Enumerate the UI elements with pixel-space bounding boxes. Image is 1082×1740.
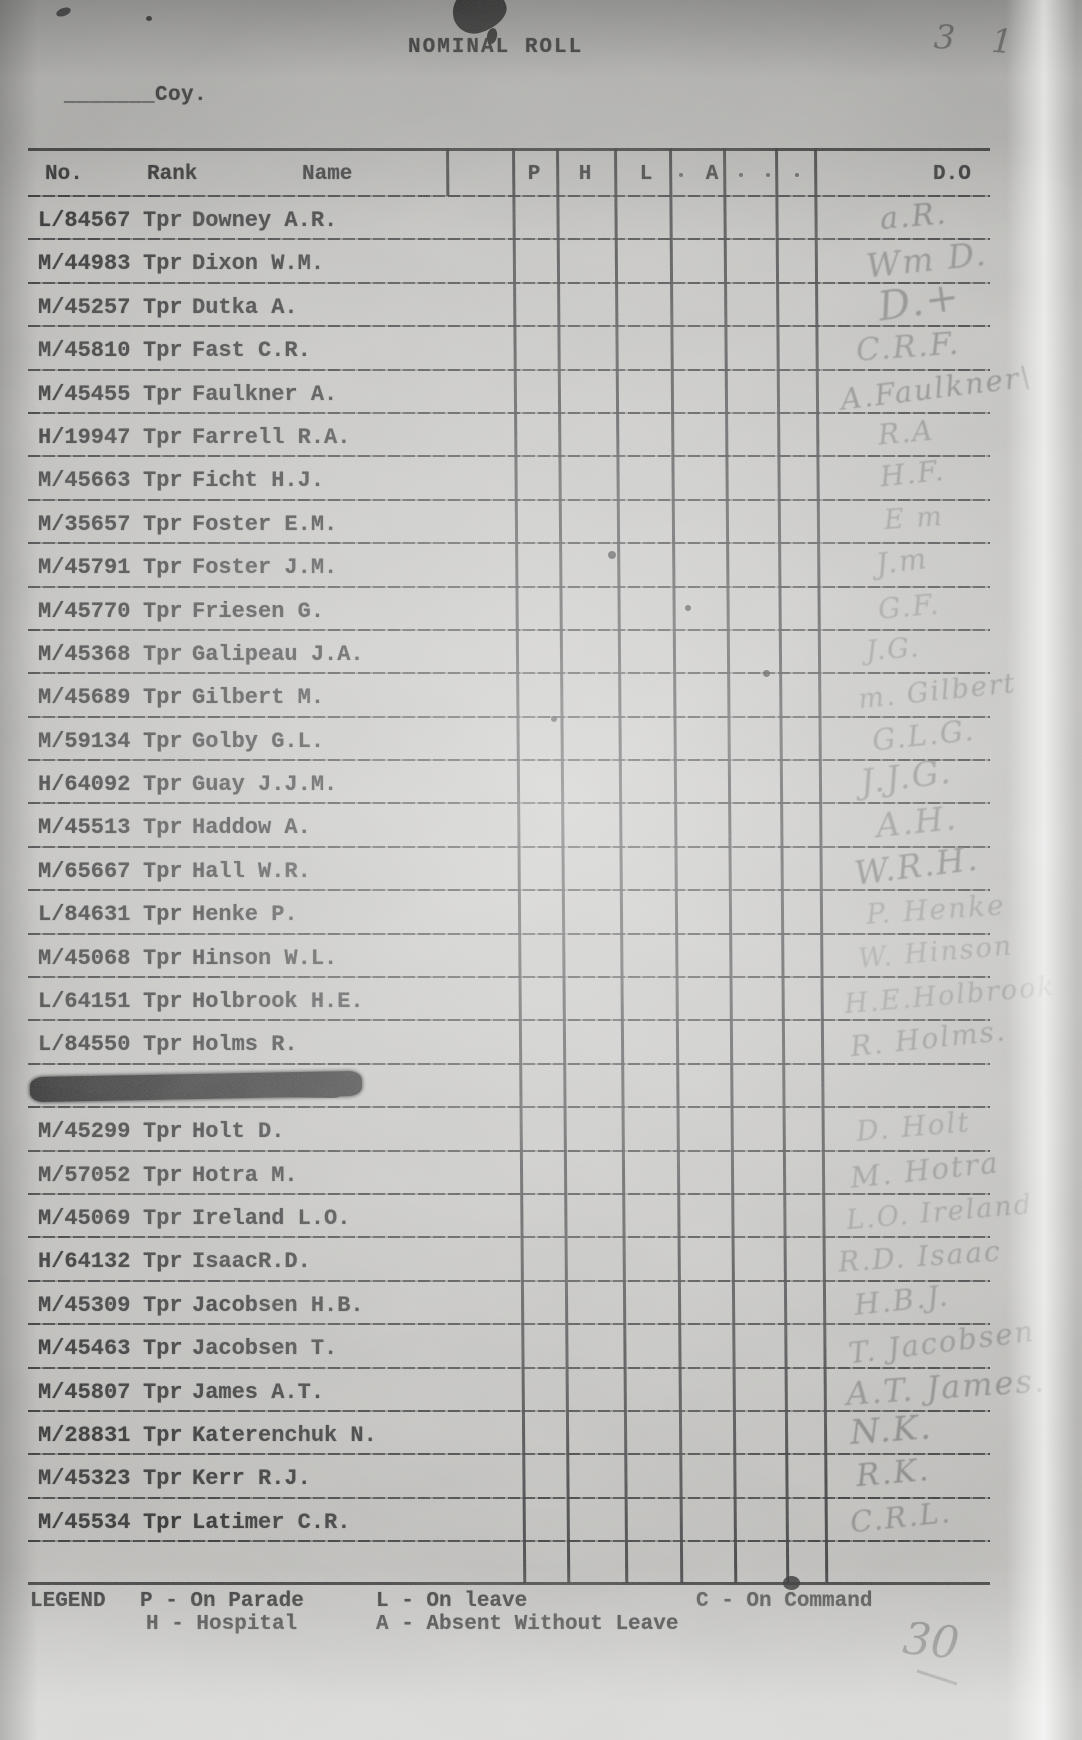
table-row: M/45368TprGalipeau J.A.J.G. bbox=[28, 631, 990, 674]
soldier-name: Foster E.M. bbox=[192, 512, 337, 537]
legend-hospital: H - Hospital bbox=[146, 1613, 297, 1636]
ink-speck bbox=[685, 605, 691, 611]
legend-on-leave: L - On leave bbox=[376, 1590, 527, 1613]
handwritten-signature: m. Gilbert bbox=[857, 668, 1018, 715]
service-number: M/45463 bbox=[38, 1336, 130, 1361]
soldier-name: Kerr R.J. bbox=[192, 1466, 311, 1491]
service-number: M/35657 bbox=[38, 512, 130, 537]
handwritten-signature: M. Hotra bbox=[849, 1145, 1001, 1194]
table-row: M/45068TprHinson W.L.W. Hinson bbox=[28, 935, 990, 978]
ink-blot bbox=[446, 0, 512, 39]
soldier-name: Ireland L.O. bbox=[192, 1206, 350, 1231]
table-row: M/65667TprHall W.R.W.R.H. bbox=[28, 848, 990, 891]
rank: Tpr bbox=[143, 815, 183, 840]
service-number: H/64132 bbox=[38, 1249, 130, 1274]
table-row: M/44983TprDixon W.M.Wm D. bbox=[28, 240, 990, 283]
rank: Tpr bbox=[143, 208, 183, 233]
handwritten-signature: C.R.F. bbox=[855, 326, 961, 369]
service-number: M/57052 bbox=[38, 1163, 130, 1188]
rank: Tpr bbox=[143, 1423, 183, 1448]
table-row: H/64092TprGuay J.J.M.J.J.G. bbox=[28, 761, 990, 804]
handwritten-signature: H.F. bbox=[878, 454, 946, 494]
table-row: M/45689TprGilbert M.m. Gilbert bbox=[28, 674, 990, 717]
rank: Tpr bbox=[143, 1380, 183, 1405]
handwritten-signature: N.K. bbox=[849, 1407, 934, 1453]
soldier-name: Guay J.J.M. bbox=[192, 772, 337, 797]
table-row: L/84631TprHenke P.P. Henke bbox=[28, 891, 990, 934]
handwritten-signature: a.R. bbox=[879, 196, 949, 237]
soldier-name: Faulkner A. bbox=[192, 382, 337, 407]
col-header-l: L bbox=[640, 163, 653, 186]
service-number: M/45068 bbox=[38, 946, 130, 971]
company-line: _______Coy. bbox=[64, 84, 207, 107]
service-number: M/45455 bbox=[38, 382, 130, 407]
col-header-do: D.O bbox=[933, 163, 971, 186]
table-row: H/19947TprFarrell R.A.R.A bbox=[28, 414, 990, 457]
rank: Tpr bbox=[143, 555, 183, 580]
rank: Tpr bbox=[143, 295, 183, 320]
table-header-row: No. Rank Name P H L A D.O bbox=[28, 148, 990, 197]
soldier-name: Ficht H.J. bbox=[192, 468, 324, 493]
service-number: M/45534 bbox=[38, 1510, 130, 1535]
handwritten-signature: C.R.L. bbox=[849, 1494, 954, 1538]
soldier-name: James A.T. bbox=[192, 1380, 324, 1405]
service-number: M/45368 bbox=[38, 642, 130, 667]
handwritten-signature: L.O. Ireland bbox=[845, 1189, 1034, 1236]
soldier-name: Holms R. bbox=[192, 1032, 298, 1057]
service-number: L/84631 bbox=[38, 902, 130, 927]
empty-row-space bbox=[28, 1542, 990, 1582]
rank: Tpr bbox=[143, 382, 183, 407]
table-row: M/45513TprHaddow A.A.H. bbox=[28, 804, 990, 847]
handwritten-signature: A.T. James. bbox=[845, 1361, 1047, 1413]
soldier-name: Hinson W.L. bbox=[192, 946, 337, 971]
rank: Tpr bbox=[143, 251, 183, 276]
soldier-name: Hall W.R. bbox=[192, 859, 311, 884]
service-number: M/28831 bbox=[38, 1423, 130, 1448]
soldier-name: Haddow A. bbox=[192, 815, 311, 840]
rank: Tpr bbox=[143, 989, 183, 1014]
handwritten-signature: R.A bbox=[877, 414, 936, 452]
col-header-a: A bbox=[706, 163, 719, 186]
rank: Tpr bbox=[143, 1293, 183, 1318]
rank: Tpr bbox=[143, 599, 183, 624]
soldier-name: Downey A.R. bbox=[192, 208, 337, 233]
handwritten-signature: R. Holms. bbox=[849, 1014, 1009, 1063]
handwritten-signature: P. Henke bbox=[865, 888, 1006, 931]
rank: Tpr bbox=[143, 772, 183, 797]
soldier-name: Dutka A. bbox=[192, 295, 298, 320]
rank: Tpr bbox=[143, 729, 183, 754]
rank: Tpr bbox=[143, 902, 183, 927]
soldier-name: Jacobsen T. bbox=[192, 1336, 337, 1361]
table-row: L/64151TprHolbrook H.E.H.E.Holbrook bbox=[28, 978, 990, 1021]
handwritten-signature: G.L.G. bbox=[871, 712, 977, 757]
col-header-no: No. bbox=[45, 163, 83, 186]
handwritten-signature: H.B.J. bbox=[852, 1278, 951, 1322]
table-row: M/45257TprDutka A.D.+ bbox=[28, 284, 990, 327]
handwritten-signature: H.E.Holbrook bbox=[843, 971, 1057, 1020]
soldier-name: Dixon W.M. bbox=[192, 251, 324, 276]
rank: Tpr bbox=[143, 642, 183, 667]
rank: Tpr bbox=[143, 685, 183, 710]
rank: Tpr bbox=[143, 1032, 183, 1057]
service-number: M/45513 bbox=[38, 815, 130, 840]
service-number: L/84550 bbox=[38, 1032, 130, 1057]
table-row: M/45069TprIreland L.O.L.O. Ireland bbox=[28, 1195, 990, 1238]
service-number: M/45791 bbox=[38, 555, 130, 580]
handwritten-signature: E m bbox=[883, 501, 945, 536]
nominal-roll-table: No. Rank Name P H L A D.O L/84567TprDown… bbox=[28, 148, 990, 1645]
rank: Tpr bbox=[143, 338, 183, 363]
table-row-redacted bbox=[28, 1065, 990, 1108]
handwritten-signature: A.H. bbox=[874, 798, 959, 845]
handwritten-count: 30 bbox=[900, 1613, 961, 1670]
table-row: M/45455TprFaulkner A.A.Faulkner\ bbox=[28, 371, 990, 414]
handwritten-signature: G.F. bbox=[877, 587, 942, 625]
ink-speck bbox=[763, 670, 770, 677]
ink-speck bbox=[783, 1576, 800, 1590]
service-number: M/45807 bbox=[38, 1380, 130, 1405]
soldier-name: Holbrook H.E. bbox=[192, 989, 364, 1014]
rank: Tpr bbox=[143, 859, 183, 884]
table-row: M/45663TprFicht H.J.H.F. bbox=[28, 457, 990, 500]
handwritten-signature: J.m bbox=[874, 541, 930, 581]
service-number: M/45689 bbox=[38, 685, 130, 710]
ink-speck bbox=[608, 551, 616, 559]
table-row: M/45309TprJacobsen H.B.H.B.J. bbox=[28, 1282, 990, 1325]
soldier-name: Katerenchuk N. bbox=[192, 1423, 377, 1448]
handwritten-signature: R.D. Isaac bbox=[837, 1235, 1003, 1279]
rank: Tpr bbox=[143, 1466, 183, 1491]
soldier-name: Holt D. bbox=[192, 1119, 284, 1144]
service-number: M/45810 bbox=[38, 338, 130, 363]
soldier-name: IsaacR.D. bbox=[192, 1249, 311, 1274]
service-number: H/64092 bbox=[38, 772, 130, 797]
handwritten-signature: W. Hinson bbox=[857, 930, 1014, 974]
service-number: L/64151 bbox=[38, 989, 130, 1014]
soldier-name: Hotra M. bbox=[192, 1163, 298, 1188]
scanned-nominal-roll-page: NOMINAL ROLL 3 1 _______Coy. No. Rank Na… bbox=[0, 0, 1082, 1740]
soldier-name: Gilbert M. bbox=[192, 685, 324, 710]
rank: Tpr bbox=[143, 1249, 183, 1274]
service-number: M/65667 bbox=[38, 859, 130, 884]
rank: Tpr bbox=[143, 468, 183, 493]
rank: Tpr bbox=[143, 1336, 183, 1361]
service-number: L/84567 bbox=[38, 208, 130, 233]
legend-on-command: C - On Command bbox=[696, 1590, 872, 1613]
ink-speck bbox=[146, 16, 152, 21]
legend-label: LEGEND bbox=[30, 1590, 106, 1613]
soldier-name: Golby G.L. bbox=[192, 729, 324, 754]
service-number: M/45299 bbox=[38, 1119, 130, 1144]
col-header-rank: Rank bbox=[147, 163, 197, 186]
service-number: H/19947 bbox=[38, 425, 130, 450]
soldier-name: Galipeau J.A. bbox=[192, 642, 364, 667]
rank: Tpr bbox=[143, 512, 183, 537]
rank: Tpr bbox=[143, 1206, 183, 1231]
rank: Tpr bbox=[143, 1510, 183, 1535]
handwritten-signature: D. Holt bbox=[855, 1105, 972, 1148]
table-row: L/84550TprHolms R.R. Holms. bbox=[28, 1021, 990, 1064]
table-row: M/45323TprKerr R.J.R.K. bbox=[28, 1455, 990, 1498]
handwritten-signature: J.G. bbox=[865, 632, 922, 667]
service-number: M/45069 bbox=[38, 1206, 130, 1231]
service-number: M/45257 bbox=[38, 295, 130, 320]
table-row: M/45534TprLatimer C.R.C.R.L. bbox=[28, 1499, 990, 1542]
ink-speck bbox=[55, 6, 72, 19]
handwritten-count-underline bbox=[917, 1670, 958, 1686]
handwritten-signature: R.K. bbox=[855, 1452, 932, 1494]
table-row: M/45770TprFriesen G.G.F. bbox=[28, 588, 990, 631]
legend: LEGEND P - On Parade L - On leave C - On… bbox=[28, 1582, 990, 1645]
service-number: M/45663 bbox=[38, 468, 130, 493]
table-row: M/45299TprHolt D.D. Holt bbox=[28, 1108, 990, 1151]
table-row: M/45791TprFoster J.M.J.m bbox=[28, 544, 990, 587]
soldier-name: Friesen G. bbox=[192, 599, 324, 624]
rank: Tpr bbox=[143, 946, 183, 971]
table-row: M/28831TprKaterenchuk N.N.K. bbox=[28, 1412, 990, 1455]
table-row: M/45807TprJames A.T.A.T. James. bbox=[28, 1369, 990, 1412]
table-row: M/45810TprFast C.R.C.R.F. bbox=[28, 327, 990, 370]
col-header-p: P bbox=[528, 163, 541, 186]
soldier-name: Farrell R.A. bbox=[192, 425, 350, 450]
table-row: H/64132TprIsaacR.D.R.D. Isaac bbox=[28, 1238, 990, 1281]
rank: Tpr bbox=[143, 425, 183, 450]
legend-on-parade: P - On Parade bbox=[140, 1590, 304, 1613]
service-number: M/45770 bbox=[38, 599, 130, 624]
rank: Tpr bbox=[143, 1163, 183, 1188]
table-row: M/45463TprJacobsen T.T. Jacobsen bbox=[28, 1325, 990, 1368]
soldier-name: Latimer C.R. bbox=[192, 1510, 350, 1535]
soldier-name: Henke P. bbox=[192, 902, 298, 927]
col-header-h: H bbox=[579, 163, 592, 186]
handwritten-page-number: 3 1 bbox=[933, 17, 1027, 62]
service-number: M/45323 bbox=[38, 1466, 130, 1491]
table-row: M/57052TprHotra M.M. Hotra bbox=[28, 1152, 990, 1195]
soldier-name: Fast C.R. bbox=[192, 338, 311, 363]
service-number: M/59134 bbox=[38, 729, 130, 754]
table-rows: L/84567TprDowney A.R.a.R.M/44983TprDixon… bbox=[28, 197, 990, 1542]
rank: Tpr bbox=[143, 1119, 183, 1144]
soldier-name: Foster J.M. bbox=[192, 555, 337, 580]
table-row: M/35657TprFoster E.M.E m bbox=[28, 501, 990, 544]
soldier-name: Jacobsen H.B. bbox=[192, 1293, 364, 1318]
ink-speck bbox=[551, 716, 557, 722]
col-header-name: Name bbox=[302, 163, 352, 186]
table-row: M/59134TprGolby G.L.G.L.G. bbox=[28, 718, 990, 761]
service-number: M/45309 bbox=[38, 1293, 130, 1318]
table-row: L/84567TprDowney A.R.a.R. bbox=[28, 197, 990, 240]
service-number: M/44983 bbox=[38, 251, 130, 276]
legend-awl: A - Absent Without Leave bbox=[376, 1613, 678, 1636]
